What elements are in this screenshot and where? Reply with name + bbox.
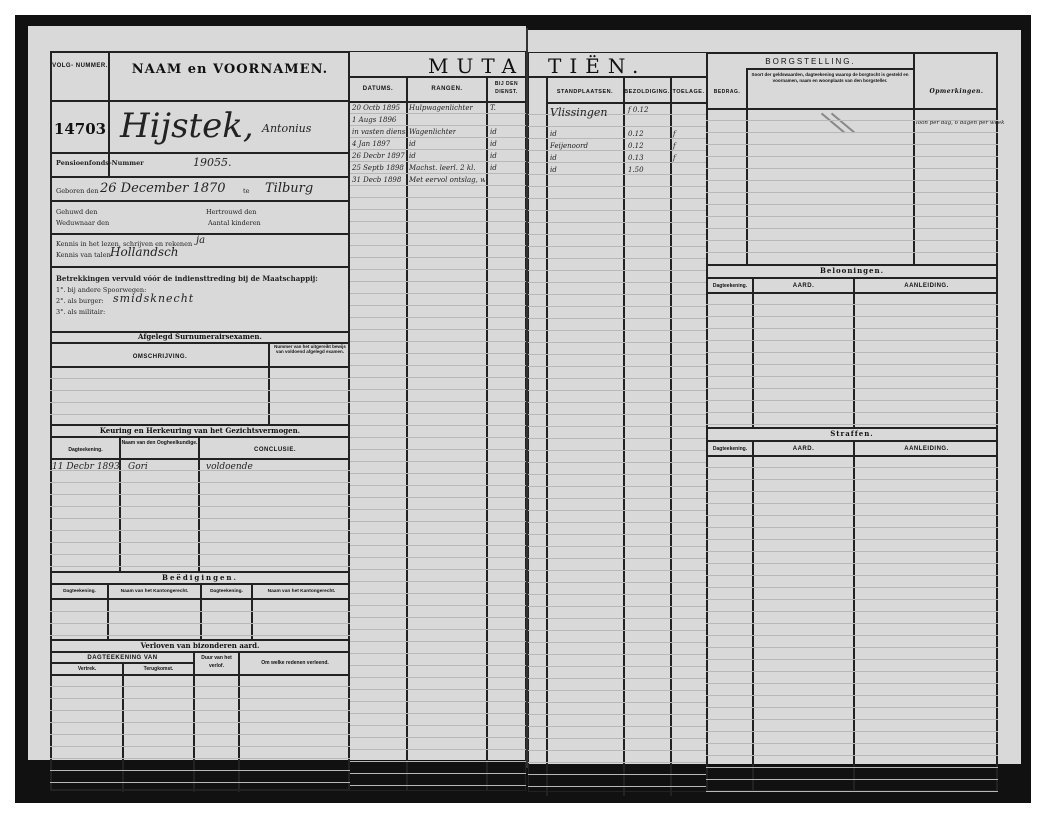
militair-label: 3°. als militair:	[56, 308, 105, 316]
ruled-line	[706, 731, 998, 732]
col-standplaatsen: STANDPLAATSEN.	[547, 88, 623, 96]
keuring-col-date: Dagteekening.	[52, 446, 119, 454]
ruled-line	[50, 611, 350, 612]
beedigingen-col-date2: Dagteekening.	[202, 588, 251, 596]
ruled-line	[528, 618, 706, 619]
ruled-line	[50, 530, 350, 531]
mutatie-toelage: f	[673, 154, 676, 162]
ruled-line	[50, 734, 350, 735]
ruled-line	[706, 563, 998, 564]
ruled-line	[528, 522, 706, 523]
ruled-line	[706, 647, 998, 648]
ruled-line	[50, 390, 350, 391]
ruled-line	[350, 725, 526, 726]
beedigingen-col-date1: Dagteekening.	[52, 588, 107, 596]
mutatie-standplaats: id	[550, 130, 557, 138]
ruled-line	[350, 173, 526, 174]
ruled-line	[50, 722, 350, 723]
geboren-place: Tilburg	[265, 181, 313, 196]
ruled-line	[350, 197, 526, 198]
ruled-line	[528, 210, 706, 211]
ruled-line	[706, 671, 998, 672]
ruled-line	[528, 330, 706, 331]
ruled-line	[528, 690, 706, 691]
ruled-line	[528, 138, 706, 139]
mutatie-rang: id	[409, 152, 416, 160]
ruled-line	[50, 554, 350, 555]
ruled-line	[528, 162, 706, 163]
ruled-line	[528, 714, 706, 715]
ruled-line	[528, 774, 706, 775]
ruled-line	[350, 677, 526, 678]
ruled-line	[528, 534, 706, 535]
ruled-line	[350, 581, 526, 582]
ruled-line	[50, 623, 350, 624]
mutatie-dienst: id	[490, 128, 497, 136]
ruled-line	[528, 462, 706, 463]
ruled-line	[528, 402, 706, 403]
ruled-line	[50, 770, 350, 771]
ruled-line	[50, 635, 350, 636]
ruled-line	[350, 737, 526, 738]
mutatie-rang: Met eervol ontslag, wegens tekortkoming,…	[409, 176, 485, 184]
ruled-line	[350, 497, 526, 498]
ruled-line	[350, 617, 526, 618]
mutatie-standplaats: Vlissingen	[550, 106, 608, 119]
verloven-col-terugkomst: Terugkomst.	[124, 665, 193, 673]
ruled-line	[706, 575, 998, 576]
ruled-line	[350, 785, 526, 786]
ruled-line	[706, 719, 998, 720]
ruled-line	[706, 328, 998, 329]
ruled-line	[350, 665, 526, 666]
mutatie-bezoldiging: 0.12	[628, 130, 644, 138]
ruled-line	[706, 767, 998, 768]
ruled-line	[350, 521, 526, 522]
volgnummer-header: VOLG- NUMMER.	[52, 62, 108, 70]
ruled-line	[350, 461, 526, 462]
ruled-line	[706, 779, 998, 780]
ruled-line	[350, 701, 526, 702]
ruled-line	[528, 762, 706, 763]
ruled-line	[706, 180, 998, 181]
mutatie-standplaats: Feijenoord	[550, 142, 588, 150]
col-toelage: TOELAGE.	[671, 88, 706, 96]
ruled-line	[350, 233, 526, 234]
ruled-line	[350, 761, 526, 762]
ruled-line	[706, 791, 998, 792]
keuring-col-name: Naam van den Oogheelkundige.	[121, 439, 198, 447]
mutatie-bezoldiging: 0.12	[628, 142, 644, 150]
omschrijving-header: OMSCHRIJVING.	[52, 353, 268, 361]
ruled-line	[50, 542, 350, 543]
col-opmerkingen: Opmerkingen.	[915, 88, 998, 96]
keuring-col-conclusie: CONCLUSIE.	[200, 446, 350, 454]
ruled-line	[706, 743, 998, 744]
mutatie-dienst: T.	[490, 104, 496, 112]
ruled-line	[706, 352, 998, 353]
beloningen-col-date: Dagteekening.	[708, 282, 752, 290]
ruled-line	[706, 683, 998, 684]
mutatie-datum: 25 Septb 1898	[352, 164, 404, 172]
ruled-line	[528, 354, 706, 355]
verloven-col-redenen: Om welke redenen verleend.	[240, 659, 350, 667]
ruled-line	[350, 365, 526, 366]
ruled-line	[50, 782, 350, 783]
mutatie-datum: 4 Jan 1897	[352, 140, 390, 148]
ruled-line	[528, 666, 706, 667]
ruled-line	[50, 758, 350, 759]
ruled-line	[528, 150, 706, 151]
ruled-line	[350, 401, 526, 402]
ruled-line	[706, 340, 998, 341]
ruled-line	[350, 629, 526, 630]
ruled-line	[350, 473, 526, 474]
ruled-line	[706, 755, 998, 756]
ruled-line	[528, 594, 706, 595]
ruled-line	[528, 738, 706, 739]
ruled-line	[350, 773, 526, 774]
mutatie-dienst: id	[490, 164, 497, 172]
ruled-line	[706, 587, 998, 588]
ruled-line	[50, 506, 350, 507]
ruled-line	[706, 168, 998, 169]
mutatien-left	[350, 51, 526, 791]
ruled-line	[528, 306, 706, 307]
mutatie-standplaats: id	[550, 166, 557, 174]
ruled-line	[706, 659, 998, 660]
col-datums: DATUMS.	[350, 85, 406, 93]
keuring-title: Keuring en Herkeuring van het Gezichtsve…	[50, 426, 350, 435]
ruled-line	[706, 491, 998, 492]
ruled-line	[706, 551, 998, 552]
verloven-col-duur: Duur van het verlof.	[195, 654, 238, 670]
mutatie-dienst: id	[490, 152, 497, 160]
ruled-line	[528, 702, 706, 703]
ruled-line	[706, 240, 998, 241]
te-label: te	[243, 187, 249, 195]
given-name: Antonius	[262, 122, 311, 135]
ruled-line	[350, 257, 526, 258]
ruled-line	[528, 582, 706, 583]
mutatie-dienst: id	[490, 140, 497, 148]
ruled-line	[706, 316, 998, 317]
ruled-line	[706, 228, 998, 229]
beloningen-title: Belooningen.	[706, 266, 998, 275]
ruled-line	[350, 545, 526, 546]
mutatie-datum: 26 Decbr 1897	[352, 152, 405, 160]
ruled-line	[706, 400, 998, 401]
weduwnaar-label: Weduwnaar den	[56, 219, 109, 227]
ruled-line	[528, 450, 706, 451]
mutatie-rang: id	[409, 140, 416, 148]
ruled-line	[528, 246, 706, 247]
ruled-line	[706, 424, 998, 425]
ruled-line	[528, 786, 706, 787]
mutatie-standplaats: id	[550, 154, 557, 162]
mutatie-rang: Wagenlichter	[409, 128, 456, 136]
ruled-line	[350, 569, 526, 570]
ruled-line	[50, 414, 350, 415]
beloningen-col-aard: AARD.	[754, 282, 853, 290]
ruled-line	[350, 161, 526, 162]
col-bezoldiging: BEZOLDIGING.	[624, 88, 670, 96]
ruled-line	[350, 749, 526, 750]
ruled-line	[706, 156, 998, 157]
ruled-line	[528, 366, 706, 367]
ruled-line	[350, 317, 526, 318]
ruled-line	[350, 269, 526, 270]
surname: Hijstek,	[120, 106, 254, 146]
ruled-line	[528, 642, 706, 643]
ruled-line	[706, 364, 998, 365]
ruled-line	[706, 479, 998, 480]
ruled-line	[50, 566, 350, 567]
ruled-line	[528, 750, 706, 751]
col-rangen: RANGEN.	[408, 85, 486, 93]
ruled-line	[706, 467, 998, 468]
ruled-line	[706, 527, 998, 528]
ruled-line	[350, 137, 526, 138]
ruled-line	[350, 449, 526, 450]
ruled-line	[528, 126, 706, 127]
ruled-line	[50, 746, 350, 747]
ruled-line	[350, 209, 526, 210]
ruled-line	[350, 281, 526, 282]
mutatien-right	[528, 52, 706, 792]
ruled-line	[350, 125, 526, 126]
ruled-line	[350, 605, 526, 606]
betrekkingen-title: Betrekkingen vervuld vóór de indiensttre…	[56, 274, 318, 283]
ruled-line	[350, 413, 526, 414]
ruled-line	[50, 698, 350, 699]
ruled-line	[50, 470, 350, 471]
ruled-line	[528, 414, 706, 415]
hertrouwd-label: Hertrouwd den	[206, 208, 256, 216]
ruled-line	[528, 498, 706, 499]
ruled-line	[528, 606, 706, 607]
ruled-line	[528, 222, 706, 223]
geboren-label: Geboren den	[56, 187, 99, 195]
ruled-line	[350, 221, 526, 222]
col-dienst: BIJ DEN DIENST.	[487, 80, 526, 96]
borgstelling-title: BORGSTELLING.	[708, 58, 913, 66]
mutatie-toelage: f	[673, 142, 676, 150]
ruled-line	[706, 515, 998, 516]
mutatie-datum: 31 Decb 1898	[352, 176, 401, 184]
ruled-line	[50, 686, 350, 687]
ruled-line	[706, 132, 998, 133]
mutatien-title-right: TIËN.	[548, 54, 646, 78]
ruled-line	[528, 678, 706, 679]
mutatie-toelage: f	[673, 130, 676, 138]
verloven-group-label: DAGTEEKENING VAN	[52, 654, 193, 662]
ruled-line	[528, 570, 706, 571]
gehuwd-label: Gehuwd den	[56, 208, 97, 216]
mutatie-datum: 1 Augs 1896	[352, 116, 396, 124]
ruled-line	[350, 713, 526, 714]
ruled-line	[350, 329, 526, 330]
ruled-line	[706, 304, 998, 305]
burger-value: smidsknecht	[113, 292, 194, 305]
ruled-line	[528, 654, 706, 655]
mutatie-bezoldiging: 0.13	[628, 154, 644, 162]
beloningen-col-aanleiding: AANLEIDING.	[855, 282, 998, 290]
ruled-line	[50, 378, 350, 379]
ruled-line	[50, 482, 350, 483]
ruled-line	[528, 426, 706, 427]
kennis-talen-value: Hollandsch	[110, 245, 179, 259]
ruled-line	[706, 503, 998, 504]
ruled-line	[350, 293, 526, 294]
ruled-line	[350, 689, 526, 690]
ruled-line	[528, 318, 706, 319]
kennis-lezen-value: ja	[196, 235, 205, 246]
straffen-col-date: Dagteekening.	[708, 445, 752, 453]
naam-header: NAAM en VOORNAMEN.	[110, 62, 350, 78]
beedigingen-col-name1: Naam van het Kantongerecht.	[109, 588, 200, 596]
ruled-line	[706, 695, 998, 696]
ruled-line	[350, 557, 526, 558]
ruled-line	[706, 599, 998, 600]
mutatie-bezoldiging: f 0.12	[628, 106, 648, 114]
ruled-line	[528, 270, 706, 271]
ruled-line	[706, 707, 998, 708]
straffen-col-aanleiding: AANLEIDING.	[855, 445, 998, 453]
ruled-line	[350, 389, 526, 390]
ruled-line	[528, 186, 706, 187]
col-bedrag: BEDRAG.	[708, 88, 746, 96]
ruled-line	[706, 635, 998, 636]
ruled-line	[350, 353, 526, 354]
ruled-line	[706, 388, 998, 389]
ruled-line	[528, 510, 706, 511]
ruled-line	[350, 305, 526, 306]
ruled-line	[706, 611, 998, 612]
ruled-line	[50, 518, 350, 519]
mutatie-datum: in vasten dienst	[352, 128, 406, 136]
ruled-line	[528, 630, 706, 631]
ruled-line	[528, 486, 706, 487]
borgstelling-box	[706, 52, 998, 792]
ruled-line	[706, 216, 998, 217]
ruled-line	[350, 437, 526, 438]
ruled-line	[528, 390, 706, 391]
beedigingen-title: Beëdigingen.	[50, 573, 350, 582]
ruled-line	[350, 653, 526, 654]
pensioenfonds-label: Pensioenfonds-Nummer	[56, 159, 144, 167]
straffen-title: Straffen.	[706, 429, 998, 438]
pensioenfonds-value: 19055.	[193, 156, 232, 169]
ruled-line	[706, 120, 998, 121]
ruled-line	[50, 402, 350, 403]
ruled-line	[50, 494, 350, 495]
ruled-line	[528, 342, 706, 343]
ruled-line	[350, 185, 526, 186]
ruled-line	[706, 192, 998, 193]
mutatien-title-left: MUTA	[428, 54, 524, 78]
mutatie-rang: Hulpwagenlichter	[409, 104, 473, 112]
volgnummer-value: 14703	[52, 120, 108, 138]
ruled-line	[350, 341, 526, 342]
ruled-line	[50, 710, 350, 711]
ruled-line	[528, 174, 706, 175]
ruled-line	[350, 149, 526, 150]
ruled-line	[528, 234, 706, 235]
ruled-line	[528, 438, 706, 439]
mutatie-bezoldiging: 1.50	[628, 166, 644, 174]
verloven-col-vertrek: Vertrek.	[52, 665, 122, 673]
straffen-col-aard: AARD.	[754, 445, 853, 453]
ruled-line	[350, 377, 526, 378]
ruled-line	[706, 144, 998, 145]
ruled-line	[706, 412, 998, 413]
ruled-line	[350, 425, 526, 426]
ruled-line	[528, 282, 706, 283]
mutatie-datum: 20 Octb 1895	[352, 104, 400, 112]
left-page: VOLG- NUMMER. NAAM en VOORNAMEN. 14703 H…	[28, 26, 526, 760]
ruled-line	[350, 245, 526, 246]
right-page: TIËN. STANDPLAATSEN. BEZOLDIGING. TOELAG…	[528, 30, 1021, 764]
ruled-line	[350, 509, 526, 510]
ruled-line	[528, 726, 706, 727]
mutatie-rang: Machst. leerl. 2 kl.	[409, 164, 476, 172]
nummer-header: Nummer van het uitgereikt bewijs van vol…	[270, 344, 350, 354]
ruled-line	[350, 593, 526, 594]
ruled-line	[350, 641, 526, 642]
kennis-talen-label: Kennis van talen	[56, 251, 111, 259]
ruled-line	[706, 539, 998, 540]
ruled-line	[706, 376, 998, 377]
ruled-line	[528, 546, 706, 547]
beedigingen-col-name2: Naam van het Kantongerecht.	[253, 588, 350, 596]
geboren-date: 26 December 1870	[100, 181, 226, 196]
ruled-line	[706, 252, 998, 253]
ruled-line	[528, 258, 706, 259]
ruled-line	[528, 378, 706, 379]
ruled-line	[528, 474, 706, 475]
ruled-line	[350, 485, 526, 486]
ruled-line	[706, 623, 998, 624]
ruled-line	[706, 204, 998, 205]
verloven-title: Verloven van bizonderen aard.	[50, 641, 350, 650]
ruled-line	[528, 294, 706, 295]
col-soort: Soort der geldswaarden, dagteekening waa…	[750, 72, 910, 84]
burger-label: 2°. als burger:	[56, 297, 104, 305]
surnumerair-title: Afgelegd Surnumerairsexamen.	[50, 332, 350, 341]
ruled-line	[350, 113, 526, 114]
ruled-line	[350, 533, 526, 534]
ruled-line	[528, 558, 706, 559]
kinderen-label: Aantal kinderen	[208, 219, 261, 227]
ruled-line	[528, 198, 706, 199]
